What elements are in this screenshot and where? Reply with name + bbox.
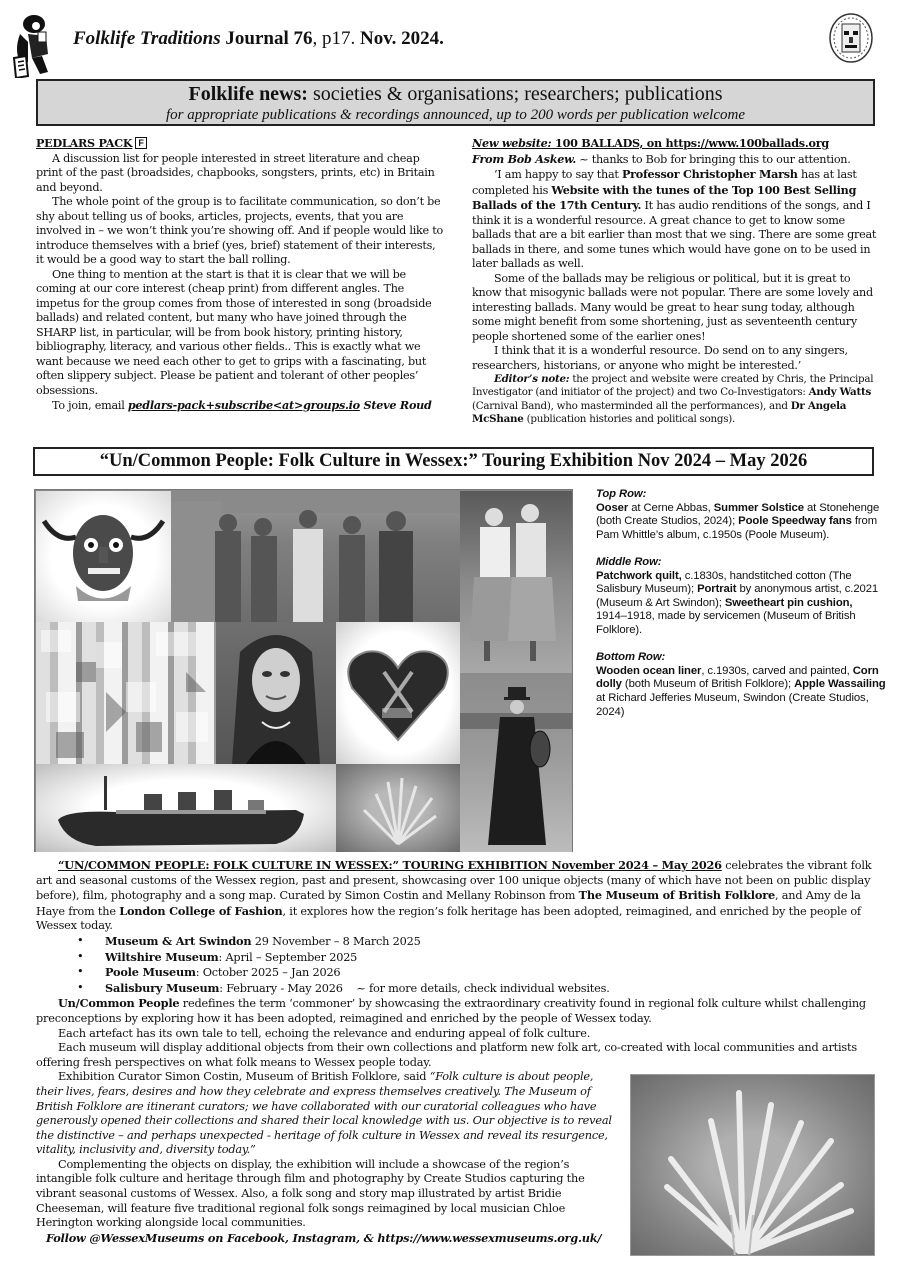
ballads-heading[interactable]: New website: 100 BALLADS, on https://www… [472, 136, 882, 152]
wooden-ocean-liner-photo [36, 764, 336, 852]
follow-social-link[interactable]: Follow @WessexMuseums on Facebook, Insta… [36, 1231, 618, 1246]
fiddler-logo-icon [10, 12, 54, 78]
portrait-painting-photo [216, 622, 336, 764]
ballads-paragraph: I think that it is a wonderful resource.… [472, 344, 882, 373]
pedlars-author: Steve Roud [360, 398, 432, 412]
news-banner-title: Folklife news: societies & organisations… [38, 82, 873, 106]
pedlars-pack-heading: PEDLARS PACKF [36, 136, 446, 152]
corn-dolly-large-photo [630, 1074, 875, 1256]
pedlars-paragraph: The whole point of the group is to facil… [36, 195, 446, 268]
ballads-article: New website: 100 BALLADS, on https://www… [472, 136, 882, 426]
caption-middle-row: Middle Row: Patchwork quilt, c.1830s, ha… [596, 556, 886, 638]
pedlars-pack-article: PEDLARS PACKF A discussion list for peop… [36, 136, 446, 414]
ballads-paragraph: ‘I am happy to say that Professor Christ… [472, 167, 882, 272]
article-paragraph: Each museum will display additional obje… [36, 1041, 878, 1070]
article-paragraph: Un/Common People redefines the term ‘com… [36, 996, 878, 1026]
apple-wassailing-photo [460, 673, 572, 852]
pedlars-paragraph: One thing to mention at the start is tha… [36, 268, 446, 399]
curator-quote-paragraph: Exhibition Curator Simon Costin, Museum … [36, 1070, 618, 1158]
collage-caption: Top Row: Ooser at Cerne Abbas, Summer So… [596, 488, 886, 733]
venue-item: Wiltshire Museum: April – September 2025 [36, 950, 878, 966]
ballads-from-line: From Bob Askew. ~ thanks to Bob for brin… [472, 152, 882, 168]
page-header: Folklife Traditions Journal 76, p17. Nov… [0, 0, 910, 80]
article-paragraph: Complementing the objects on display, th… [36, 1158, 618, 1231]
corn-dolly-photo [336, 764, 460, 852]
pedlars-join-line: To join, email pedlars-pack+subscribe<at… [36, 398, 446, 414]
ooser-mask-photo [36, 491, 171, 622]
pedlars-paragraph: A discussion list for people interested … [36, 152, 446, 196]
venue-item: Salisbury Museum: February - May 2026 ~ … [36, 981, 878, 997]
poole-speedway-fans-photo [460, 491, 572, 673]
article-paragraph: Each artefact has its own tale to tell, … [36, 1027, 878, 1042]
exhibition-photo-collage [34, 489, 573, 852]
sweetheart-pin-cushion-photo [336, 622, 460, 764]
editors-note: Editor’s note: the project and website w… [472, 373, 882, 426]
news-banner-subtitle: for appropriate publications & recording… [38, 106, 873, 124]
venue-list: Museum & Art Swindon 29 November – 8 Mar… [36, 934, 878, 996]
journal-title: Folklife Traditions Journal 76, p17. Nov… [73, 28, 444, 50]
pedlars-email-link[interactable]: pedlars-pack+subscribe<at>groups.io [128, 398, 360, 412]
article-lead: “UN/COMMON PEOPLE: FOLK CULTURE IN WESSE… [36, 858, 878, 934]
patchwork-quilt-photo [36, 622, 216, 764]
ballads-paragraph: Some of the ballads may be religious or … [472, 272, 882, 345]
facebook-badge-icon: F [135, 137, 146, 149]
caption-bottom-row: Bottom Row: Wooden ocean liner, c.1930s,… [596, 651, 886, 719]
exhibition-banner: “Un/Common People: Folk Culture in Wesse… [33, 447, 874, 476]
green-man-face-icon [828, 12, 874, 64]
folklife-news-banner: Folklife news: societies & organisations… [36, 79, 875, 126]
caption-top-row: Top Row: Ooser at Cerne Abbas, Summer So… [596, 488, 886, 542]
venue-item: Poole Museum: October 2025 – Jan 2026 [36, 965, 878, 981]
venue-item: Museum & Art Swindon 29 November – 8 Mar… [36, 934, 878, 950]
stonehenge-solstice-photo [171, 491, 460, 622]
